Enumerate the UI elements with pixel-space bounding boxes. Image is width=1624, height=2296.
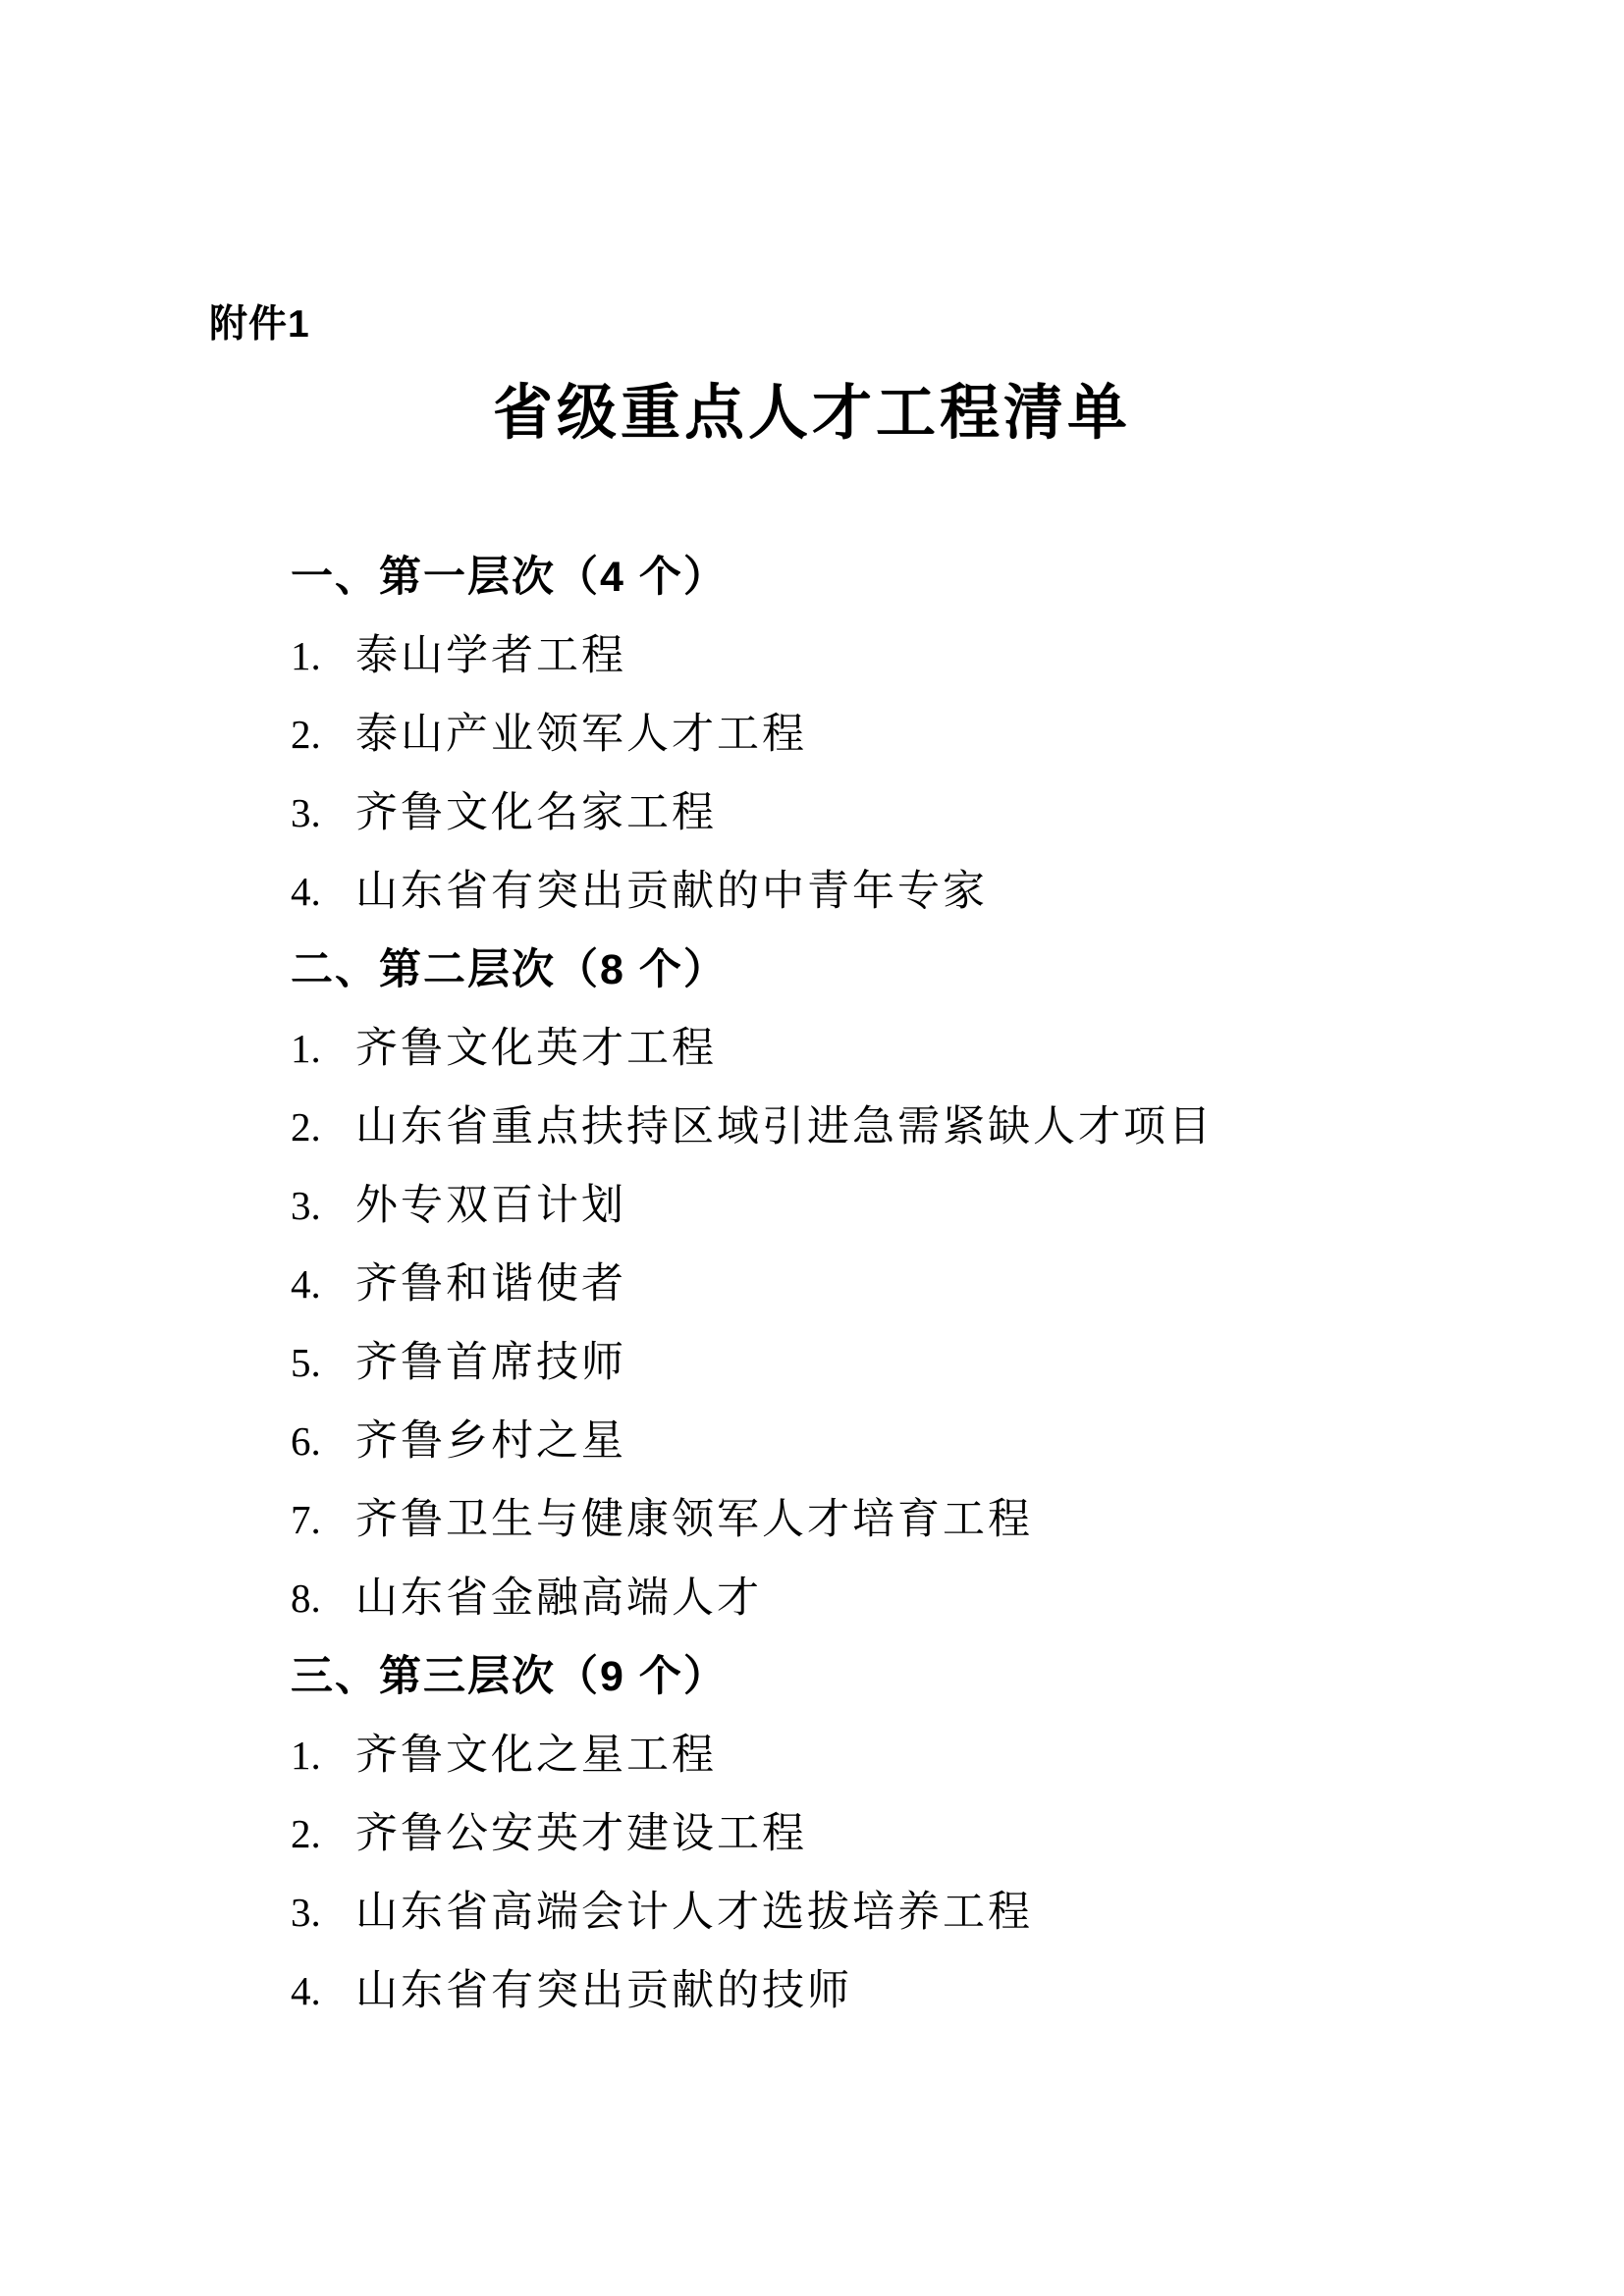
list-item: 2.泰山产业领军人才工程 — [291, 695, 1214, 774]
item-text: 齐鲁卫生与健康领军人才培育工程 — [355, 1497, 1033, 1543]
section-heading: 三、第三层次（9 个） — [291, 1637, 1214, 1716]
list-item: 8.山东省金融高端人才 — [291, 1559, 1214, 1637]
list-item: 5.齐鲁首席技师 — [291, 1323, 1214, 1402]
item-number: 1. — [291, 616, 355, 695]
item-text: 齐鲁公安英才建设工程 — [355, 1811, 807, 1857]
list-item: 3.齐鲁文化名家工程 — [291, 774, 1214, 852]
item-number: 1. — [291, 1716, 355, 1794]
item-text: 齐鲁文化之星工程 — [355, 1733, 717, 1779]
item-text: 外专双百计划 — [355, 1183, 626, 1229]
list-item: 1.齐鲁文化之星工程 — [291, 1716, 1214, 1794]
item-number: 4. — [291, 852, 355, 931]
list-item: 1.泰山学者工程 — [291, 616, 1214, 695]
item-number: 5. — [291, 1323, 355, 1402]
item-text: 齐鲁乡村之星 — [355, 1418, 626, 1465]
item-text: 齐鲁文化名家工程 — [355, 790, 717, 836]
item-text: 齐鲁和谐使者 — [355, 1261, 626, 1308]
item-number: 3. — [291, 1166, 355, 1245]
list-item: 7.齐鲁卫生与健康领军人才培育工程 — [291, 1480, 1214, 1559]
item-number: 4. — [291, 1245, 355, 1323]
list-item: 3.山东省高端会计人才选拔培养工程 — [291, 1873, 1214, 1951]
list-item: 3.外专双百计划 — [291, 1166, 1214, 1245]
item-text: 山东省重点扶持区域引进急需紧缺人才项目 — [355, 1104, 1214, 1150]
item-number: 2. — [291, 1088, 355, 1166]
item-number: 4. — [291, 1951, 355, 2030]
item-number: 2. — [291, 1794, 355, 1873]
item-number: 1. — [291, 1009, 355, 1088]
item-number: 2. — [291, 695, 355, 774]
item-text: 山东省金融高端人才 — [355, 1575, 762, 1622]
list-item: 4.齐鲁和谐使者 — [291, 1245, 1214, 1323]
item-text: 山东省高端会计人才选拔培养工程 — [355, 1890, 1033, 1936]
item-number: 8. — [291, 1559, 355, 1637]
list-item: 2.山东省重点扶持区域引进急需紧缺人才项目 — [291, 1088, 1214, 1166]
section-heading: 二、第二层次（8 个） — [291, 931, 1214, 1009]
item-text: 齐鲁文化英才工程 — [355, 1026, 717, 1072]
page-title: 省级重点人才工程清单 — [0, 365, 1624, 451]
item-number: 7. — [291, 1480, 355, 1559]
document-body: 一、第一层次（4 个） 1.泰山学者工程 2.泰山产业领军人才工程 3.齐鲁文化… — [291, 538, 1214, 2030]
section-heading: 一、第一层次（4 个） — [291, 538, 1214, 616]
item-text: 泰山学者工程 — [355, 633, 626, 679]
item-text: 齐鲁首席技师 — [355, 1340, 626, 1386]
item-number: 3. — [291, 774, 355, 852]
item-number: 6. — [291, 1402, 355, 1480]
attachment-label: 附件1 — [209, 294, 310, 348]
list-item: 4.山东省有突出贡献的中青年专家 — [291, 852, 1214, 931]
list-item: 2.齐鲁公安英才建设工程 — [291, 1794, 1214, 1873]
item-text: 山东省有突出贡献的中青年专家 — [355, 869, 988, 915]
item-text: 山东省有突出贡献的技师 — [355, 1968, 852, 2014]
item-number: 3. — [291, 1873, 355, 1951]
list-item: 6.齐鲁乡村之星 — [291, 1402, 1214, 1480]
list-item: 4.山东省有突出贡献的技师 — [291, 1951, 1214, 2030]
item-text: 泰山产业领军人才工程 — [355, 712, 807, 758]
list-item: 1.齐鲁文化英才工程 — [291, 1009, 1214, 1088]
document-page: 附件1 省级重点人才工程清单 一、第一层次（4 个） 1.泰山学者工程 2.泰山… — [0, 0, 1624, 2296]
